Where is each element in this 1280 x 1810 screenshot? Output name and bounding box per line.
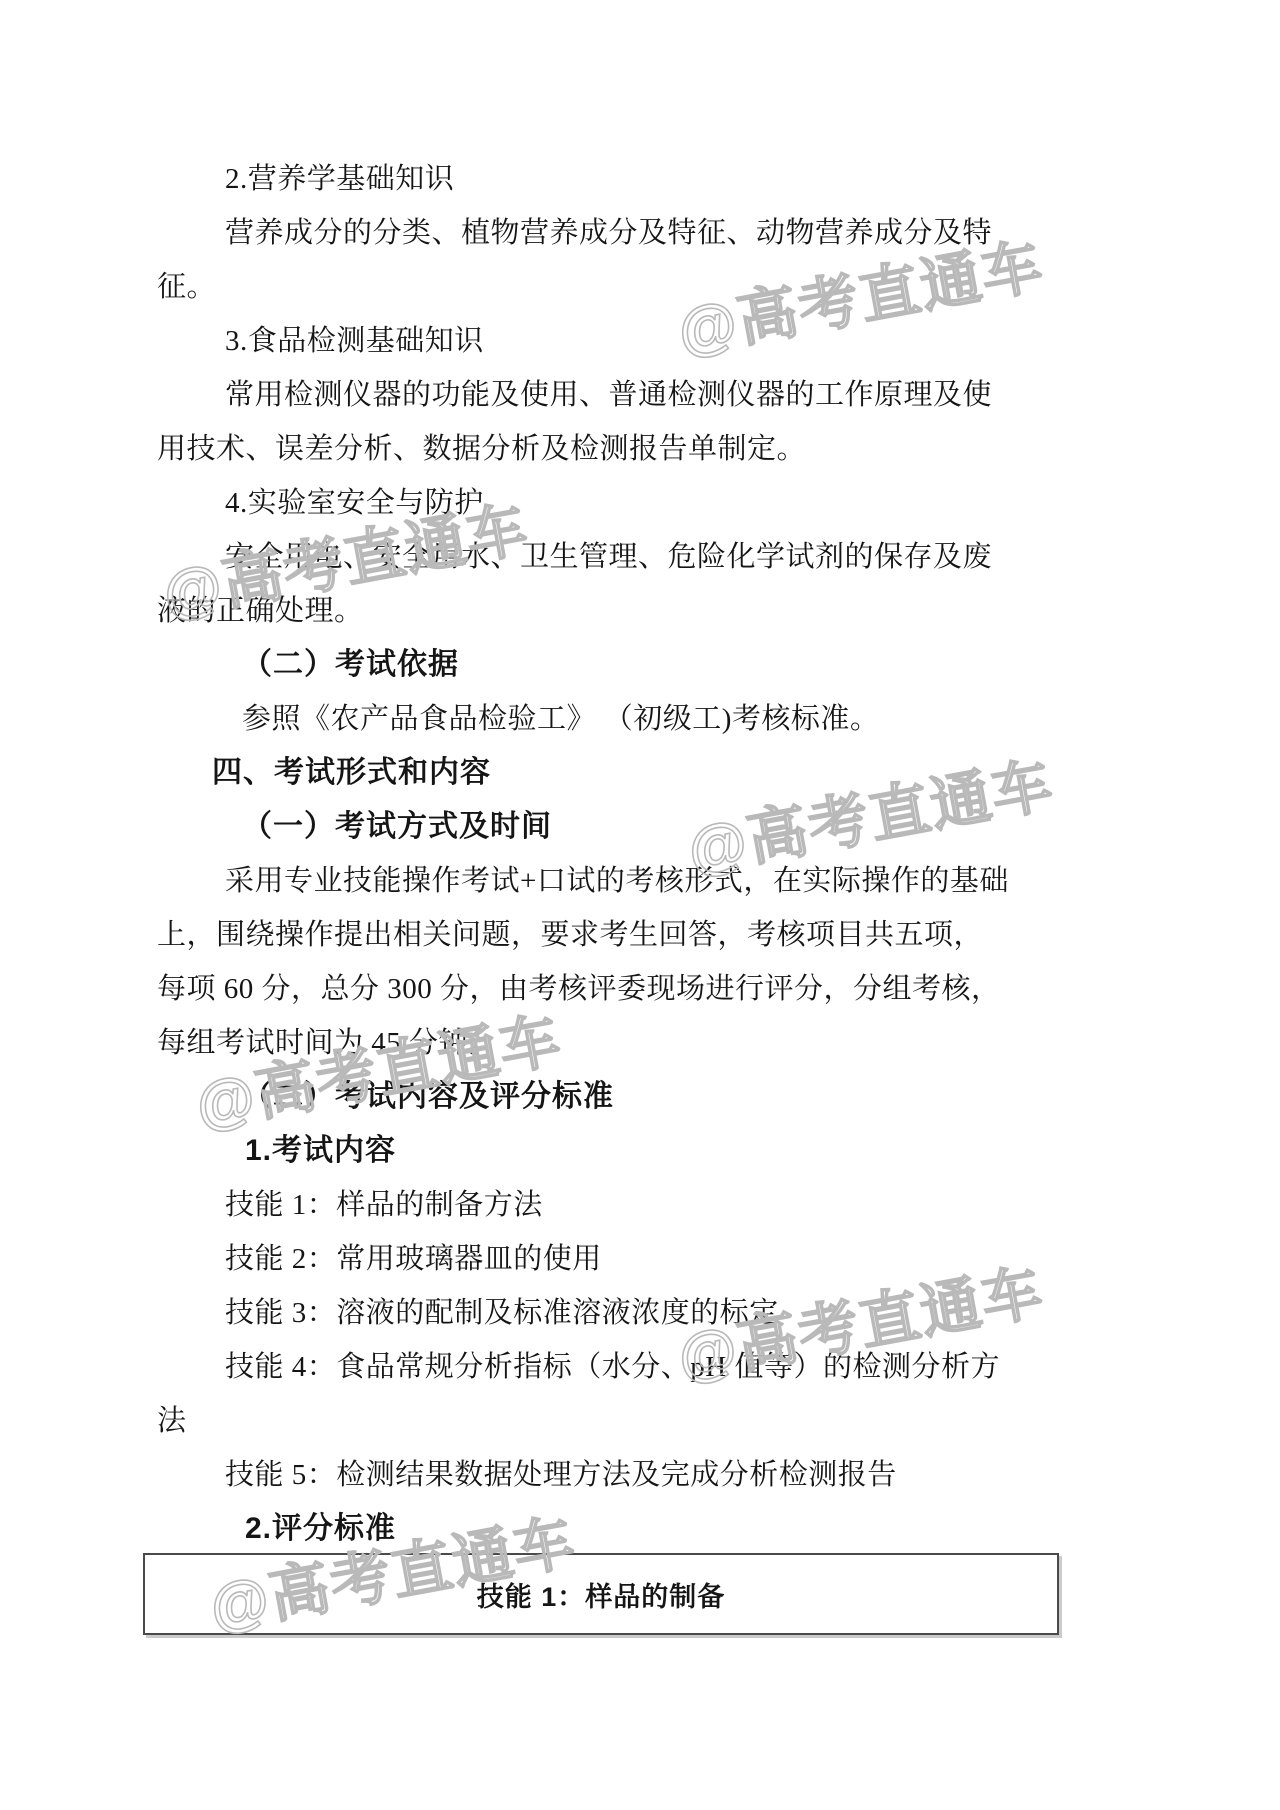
text-line: 1.考试内容 — [157, 1124, 1117, 1178]
text-line: 安全用电、安全用水、卫生管理、危险化学试剂的保存及废 — [157, 530, 1117, 584]
text-line: 技能 2：常用玻璃器皿的使用 — [157, 1232, 1117, 1286]
text-line: 用技术、误差分析、数据分析及检测报告单制定。 — [157, 422, 1117, 476]
document-page: 2.营养学基础知识营养成分的分类、植物营养成分及特征、动物营养成分及特征。3.食… — [0, 0, 1280, 1810]
text-line: 法 — [157, 1394, 1117, 1448]
text-line: 液的正确处理。 — [157, 584, 1117, 638]
text-line: 技能 1：样品的制备方法 — [157, 1178, 1117, 1232]
document-body: 2.营养学基础知识营养成分的分类、植物营养成分及特征、动物营养成分及特征。3.食… — [157, 152, 1117, 1556]
text-line: 征。 — [157, 260, 1117, 314]
text-line: 营养成分的分类、植物营养成分及特征、动物营养成分及特 — [157, 206, 1117, 260]
text-line: 4.实验室安全与防护 — [157, 476, 1117, 530]
text-line: （一）考试方式及时间 — [157, 800, 1117, 854]
text-line: （二）考试依据 — [157, 638, 1117, 692]
scoring-table-header: 技能 1：样品的制备 — [477, 1575, 726, 1614]
text-line: 每组考试时间为 45 分钟。 — [157, 1016, 1117, 1070]
text-line: 常用检测仪器的功能及使用、普通检测仪器的工作原理及使 — [157, 368, 1117, 422]
text-line: 四、考试形式和内容 — [157, 746, 1117, 800]
text-line: 2.评分标准 — [157, 1502, 1117, 1556]
text-line: 技能 4：食品常规分析指标（水分、pH 值等）的检测分析方 — [157, 1340, 1117, 1394]
text-line: 2.营养学基础知识 — [157, 152, 1117, 206]
text-line: 参照《农产品食品检验工》 （初级工)考核标准。 — [157, 692, 1117, 746]
text-line: 每项 60 分，总分 300 分，由考核评委现场进行评分，分组考核， — [157, 962, 1117, 1016]
text-line: 上，围绕操作提出相关问题，要求考生回答，考核项目共五项， — [157, 908, 1117, 962]
text-line: 3.食品检测基础知识 — [157, 314, 1117, 368]
scoring-table: 技能 1：样品的制备 — [143, 1553, 1059, 1635]
text-line: 技能 5：检测结果数据处理方法及完成分析检测报告 — [157, 1448, 1117, 1502]
text-line: 技能 3：溶液的配制及标准溶液浓度的标定 — [157, 1286, 1117, 1340]
text-line: （二）考试内容及评分标准 — [157, 1070, 1117, 1124]
text-line: 采用专业技能操作考试+口试的考核形式，在实际操作的基础 — [157, 854, 1117, 908]
